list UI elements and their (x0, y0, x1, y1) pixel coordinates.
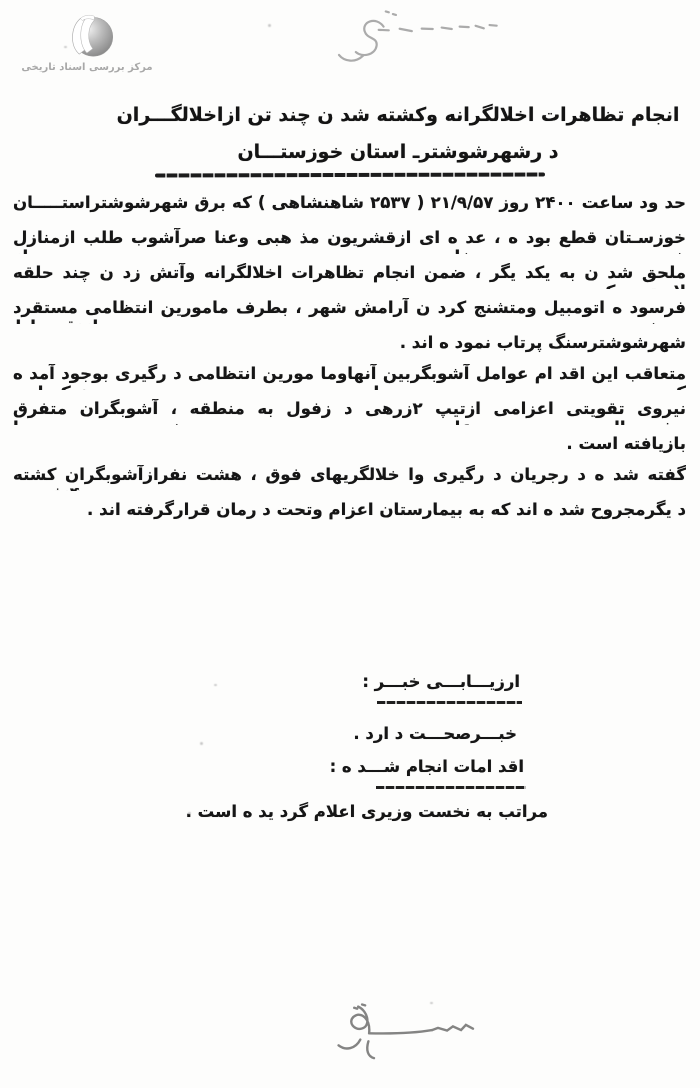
scan-noise-speck (200, 742, 203, 745)
actions-heading-underline (376, 786, 526, 789)
handwritten-secret-mark-top (288, 4, 503, 66)
report-title-line2: د رشهرشوشترـ استان خوزستـــان (0, 141, 700, 163)
document-line: شهرشوشترسنگ پرتاب نمود ه اند . (13, 333, 686, 352)
scan-noise-speck (188, 812, 191, 814)
scan-noise-speck (268, 24, 271, 27)
document-line: حد ود ساعت ۲۴۰۰ روز ۲۱/۹/۵۷ ( ۲۵۳۷ شاهنش… (13, 193, 686, 219)
handwritten-secret-mark-bottom (272, 995, 482, 1065)
report-title-line1: انجام تظاهرات اخلالگرانه وکشته شد ن چند … (0, 104, 700, 126)
actions-heading: اقد امات انجام شـــد ه : (330, 757, 524, 776)
archive-center-logo-icon (62, 12, 116, 66)
document-line: ملحق شد ن به یکد یگر ، ضمن انجام تظاهرات… (13, 263, 686, 289)
evaluation-heading-underline (377, 701, 522, 704)
document-line: گفته شد ه د رجریان د رگیری وا خلالگریهای… (13, 465, 686, 491)
evaluation-heading: ارزیـــابـــی خبـــر : (362, 672, 520, 691)
title-underline (155, 172, 545, 177)
document-line: نیروی تقویتی اعزامی ازتیپ ۲زرهی د زفول ب… (13, 399, 686, 425)
scan-noise-speck (214, 684, 217, 686)
scanned-document-page: مرکز بررسی اسناد تاریخی انجام تظاهرات اخ… (0, 0, 700, 1088)
document-line: متعاقب این اقد ام عوامل آشوبگربین آنهاوم… (13, 364, 686, 390)
document-line: خوزسـتان قطع بود ه ، عد ه ای ازقشریون مذ… (13, 228, 686, 254)
document-line: فرسود ه اتومبیل ومتشنج کرد ن آرامش شهر ،… (13, 298, 686, 324)
document-line: د یگرمجروح شد ه اند که به بیمارستان اعزا… (13, 500, 686, 519)
document-line: بازیافته است . (13, 434, 686, 453)
archive-center-name: مرکز بررسی اسناد تاریخی (14, 62, 160, 73)
scan-noise-speck (64, 46, 67, 48)
scan-noise-speck (430, 1002, 433, 1004)
actions-text: مراتب به نخست وزیری اعلام گرد ید ه است . (186, 802, 548, 821)
evaluation-text: خبـــرصحـــت د ارد . (353, 724, 517, 743)
